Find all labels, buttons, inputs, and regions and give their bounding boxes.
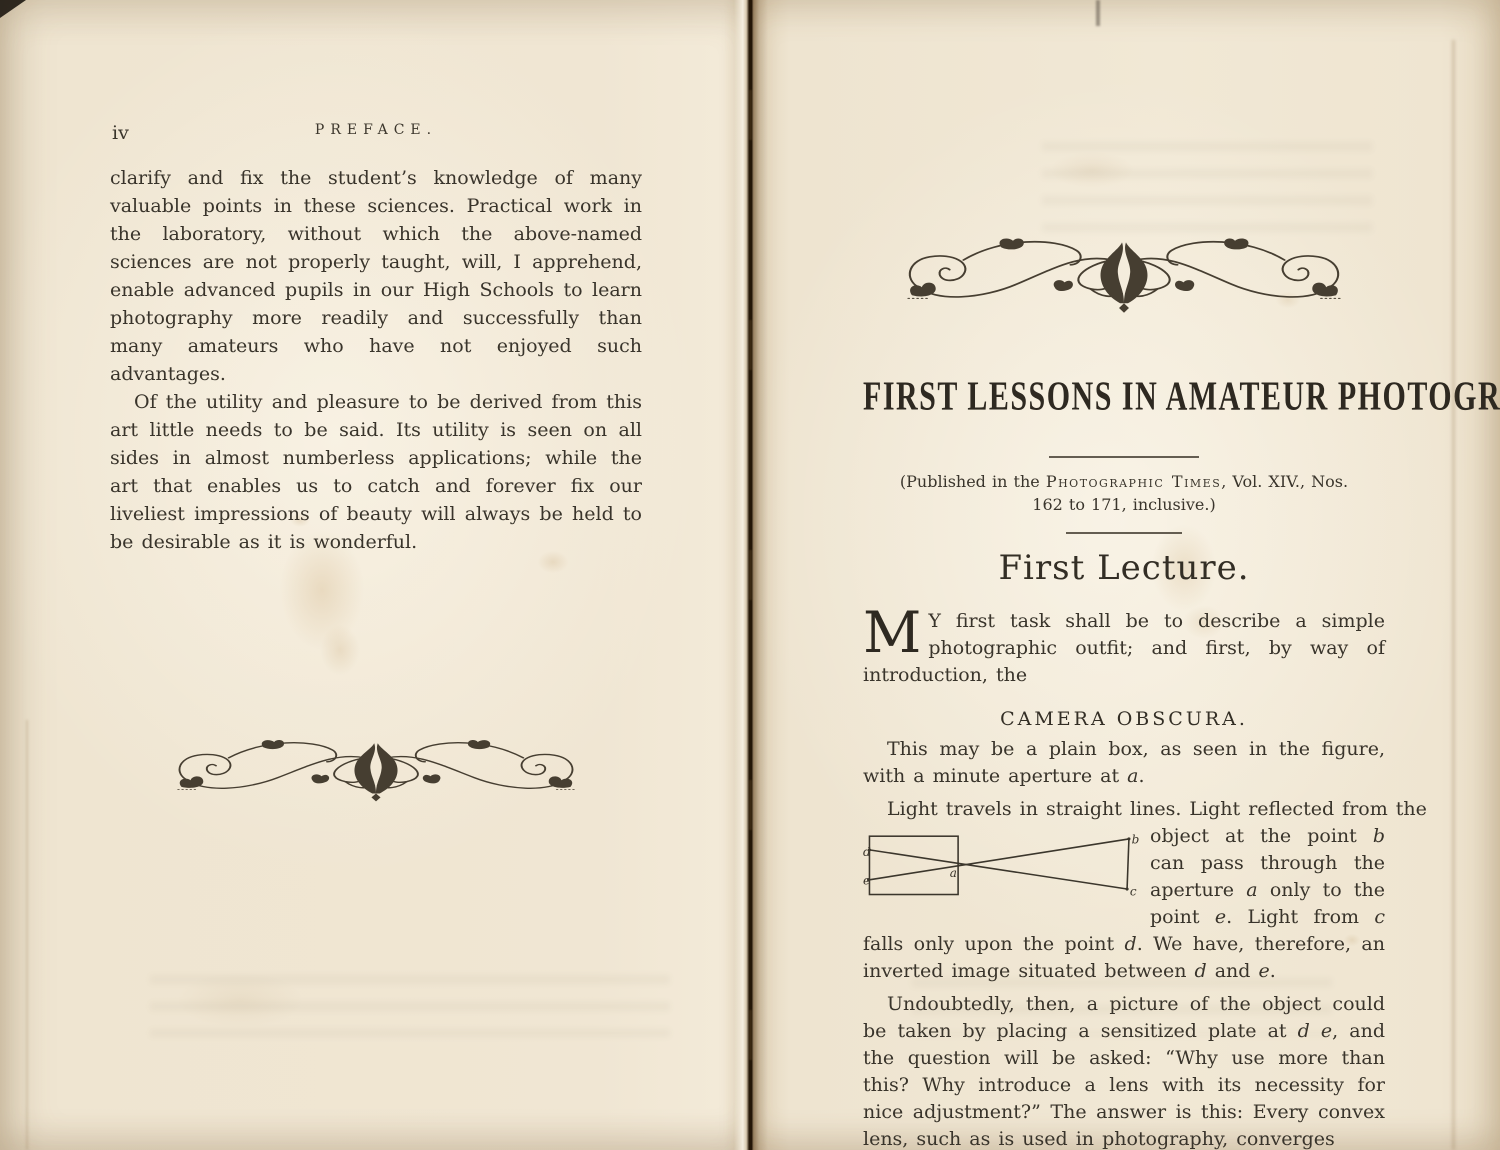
headpiece-flourish-ornament bbox=[906, 236, 1342, 316]
show-through-text bbox=[150, 975, 670, 1037]
page-edge-line bbox=[26, 720, 28, 1150]
camera-obscura-heading: CAMERA OBSCURA. bbox=[863, 708, 1385, 730]
intro-paragraph-text: Y first task shall be to describe a simp… bbox=[863, 610, 1385, 686]
paragraph-undoubtedly: Undoubtedly, then, a picture of the obje… bbox=[863, 991, 1385, 1150]
camera-obscura-figure: d e a b c bbox=[863, 828, 1140, 914]
drop-cap: M bbox=[863, 608, 928, 657]
tailpiece-flourish-ornament bbox=[176, 738, 576, 804]
flourish-ornament-icon bbox=[176, 738, 576, 804]
chapter-title: FIRST LESSONS IN AMATEUR PHOTOGRAPHY. bbox=[863, 373, 1385, 420]
page-number: iv bbox=[112, 122, 129, 144]
divider-rule bbox=[1049, 456, 1199, 458]
paper-defect-mark bbox=[1096, 0, 1100, 26]
book-gutter bbox=[734, 0, 768, 1150]
right-page: FIRST LESSONS IN AMATEUR PHOTOGRAPHY. (P… bbox=[752, 0, 1500, 1150]
intro-paragraph: MY first task shall be to describe a sim… bbox=[863, 608, 1385, 689]
figure-label-c: c bbox=[1130, 884, 1137, 898]
preface-paragraph-1: clarify and fix the student’s knowledge … bbox=[110, 164, 642, 388]
left-page: iv PREFACE. clarify and fix the student’… bbox=[0, 0, 746, 1150]
publication-note: (Published in the Photographic Times, Vo… bbox=[889, 470, 1359, 516]
lecture-heading: First Lecture. bbox=[863, 548, 1385, 588]
paragraph-plain-box: This may be a plain box, as seen in the … bbox=[863, 736, 1385, 790]
running-head-row: iv PREFACE. bbox=[110, 122, 642, 144]
open-book-scan: iv PREFACE. clarify and fix the student’… bbox=[0, 0, 1500, 1150]
preface-paragraph-2: Of the utility and pleasure to be derive… bbox=[110, 388, 642, 556]
ray-b-to-e bbox=[869, 839, 1129, 880]
figure-label-d: d bbox=[863, 845, 871, 859]
object-line-bc bbox=[1127, 839, 1129, 889]
figure-label-a: a bbox=[950, 866, 957, 880]
camera-box bbox=[869, 836, 958, 894]
paragraph-light-travels: Light travels in straight lines. Light r… bbox=[863, 796, 1385, 985]
divider-rule bbox=[1066, 532, 1182, 534]
running-head: PREFACE. bbox=[110, 122, 642, 138]
figure-label-b: b bbox=[1132, 833, 1140, 847]
figure-label-e: e bbox=[863, 874, 870, 888]
paragraph-light-intro-line: Light travels in straight lines. Light r… bbox=[863, 796, 1385, 823]
page-crease bbox=[1452, 40, 1455, 1150]
flourish-ornament-icon bbox=[906, 236, 1342, 316]
ray-c-to-d bbox=[869, 850, 1127, 889]
